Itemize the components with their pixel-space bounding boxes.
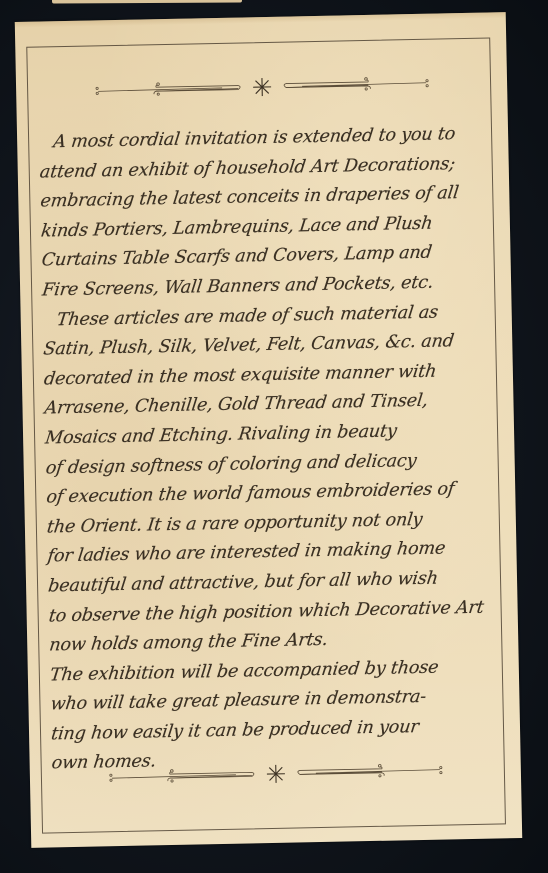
- invitation-text: A most cordial invitation is extended to…: [39, 119, 514, 779]
- paragraph-2: These articles are made of such material…: [42, 297, 511, 661]
- paragraph-1: A most cordial invitation is extended to…: [39, 119, 504, 306]
- invitation-card: A most cordial invitation is extended to…: [15, 12, 522, 848]
